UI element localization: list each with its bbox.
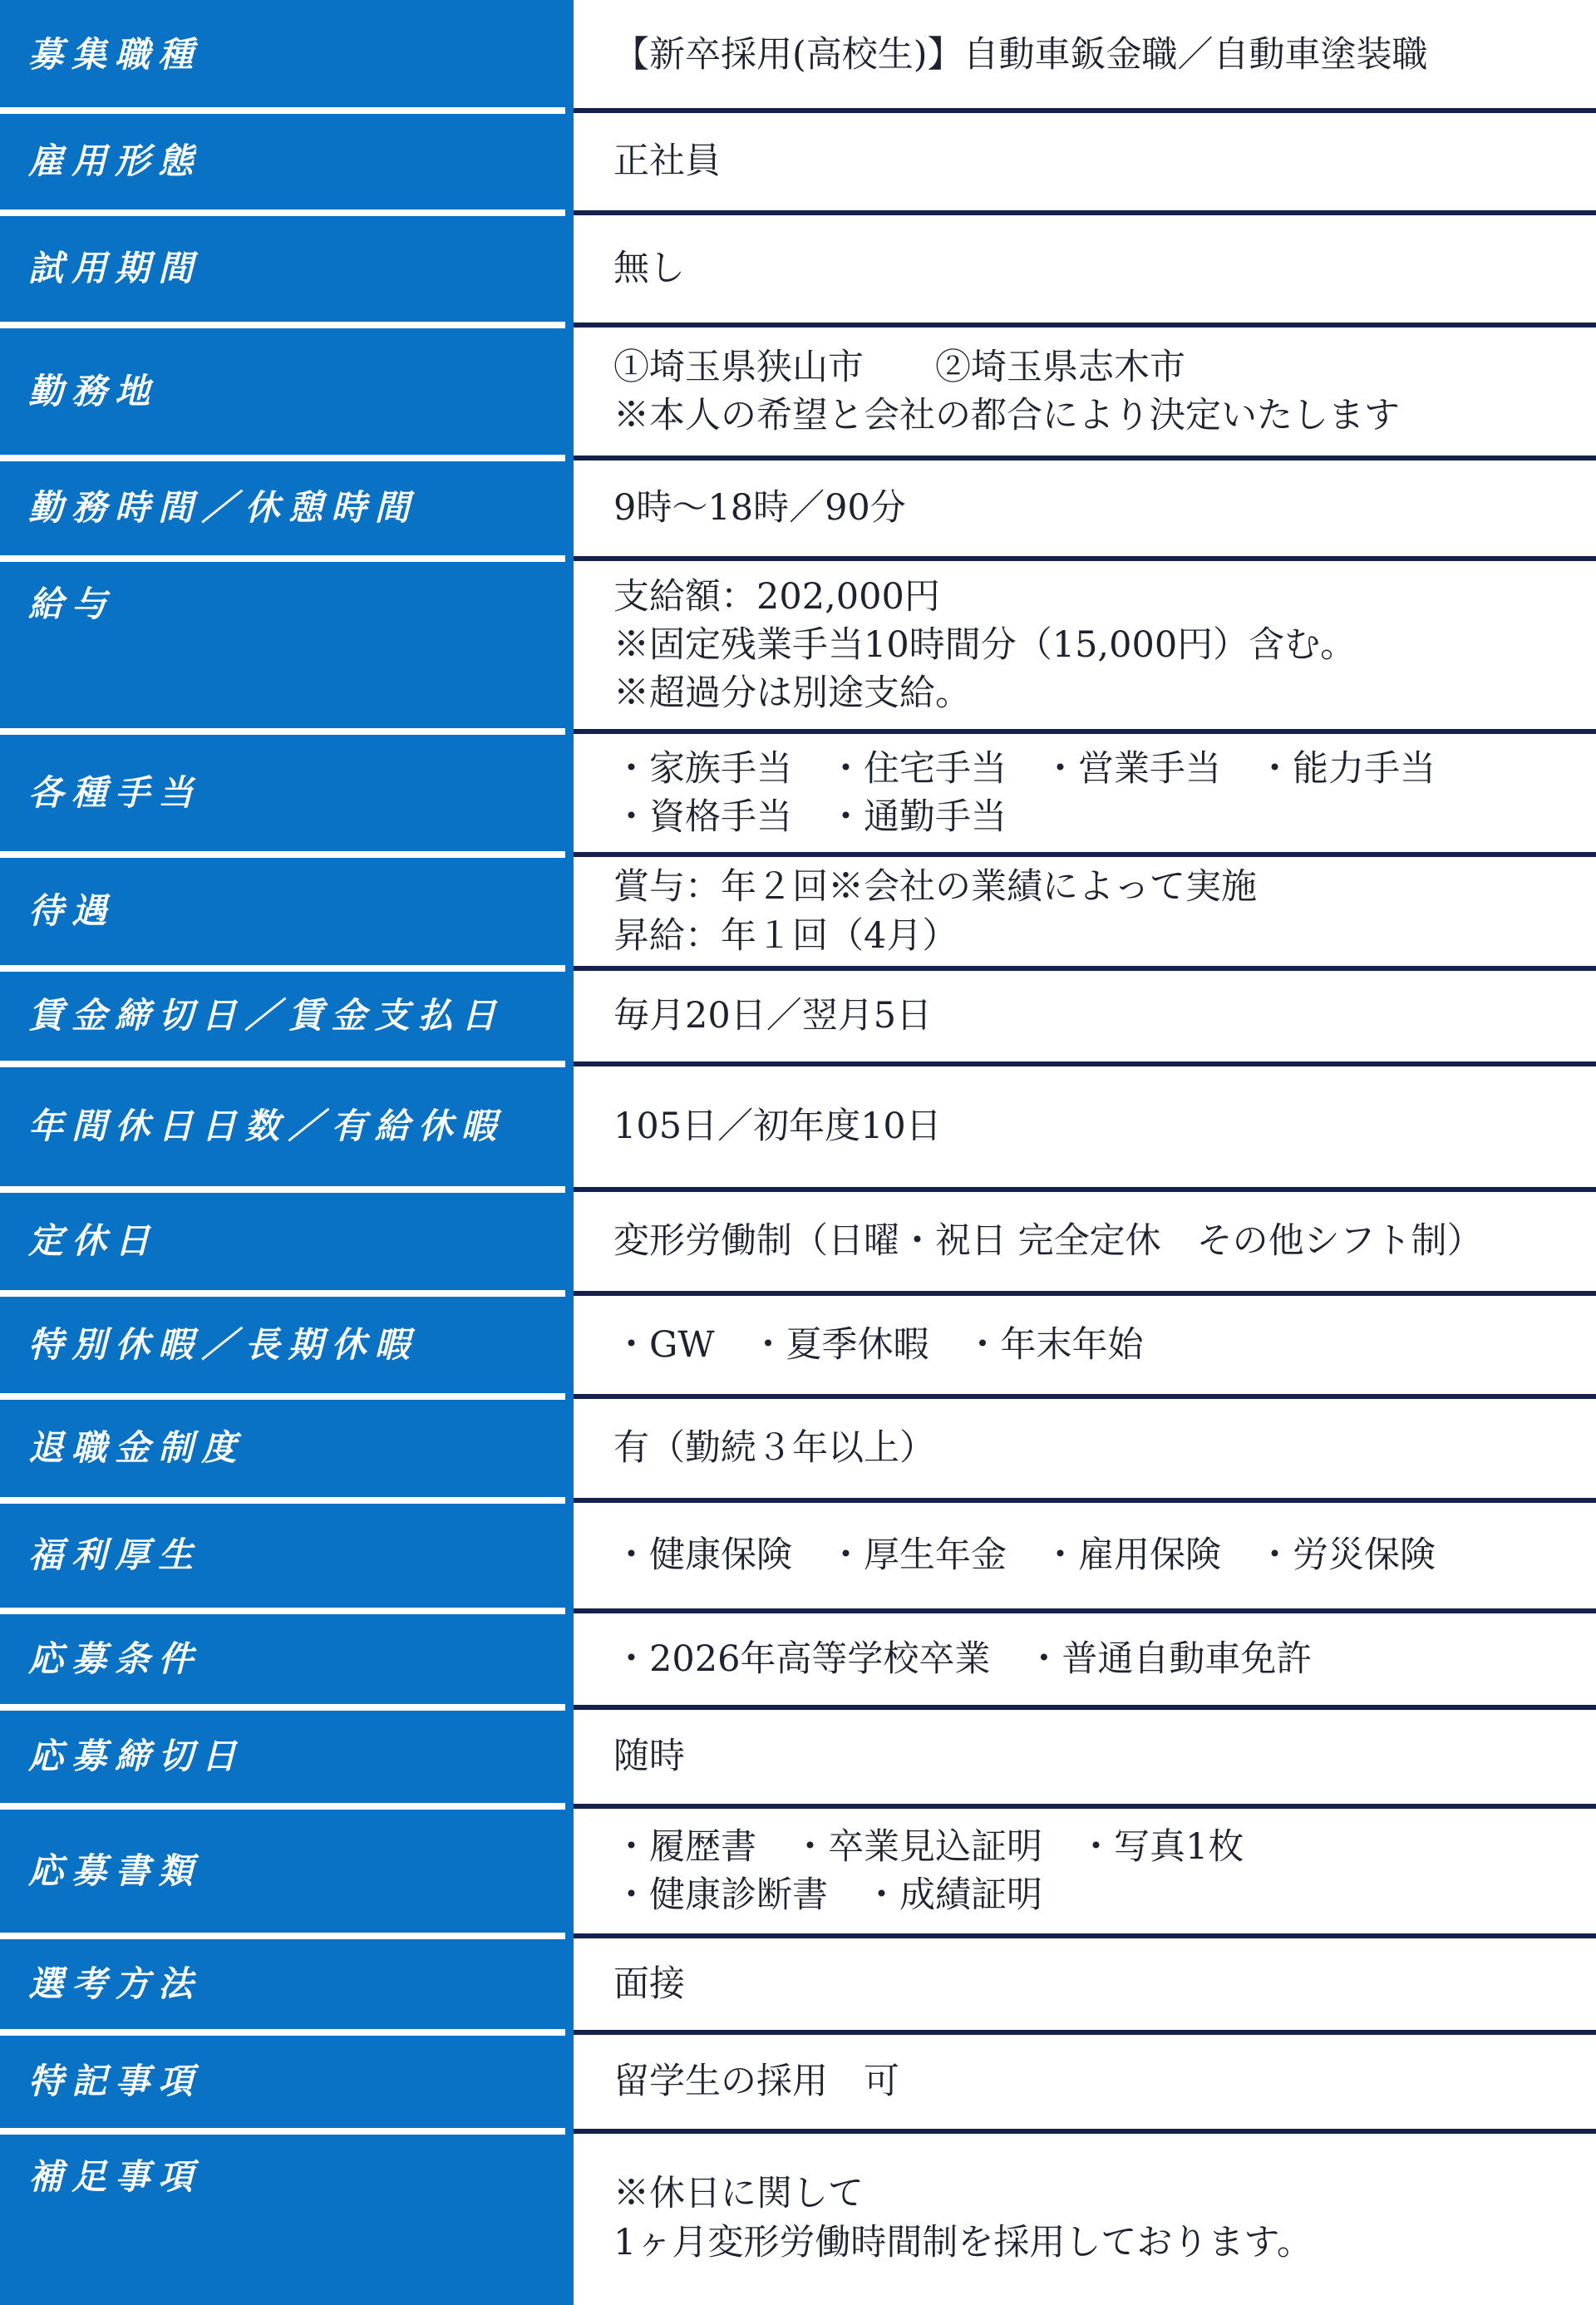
row-label: 雇用形態 (28, 142, 201, 180)
table-row: 特記事項 留学生の採用 可 (0, 2032, 1596, 2131)
row-label: 特記事項 (28, 2062, 201, 2101)
row-value-cell: 面接 (574, 1936, 1596, 2032)
row-label: 年間休日日数／有給休暇 (28, 1107, 505, 1145)
row-label: 試用期間 (28, 249, 201, 288)
row-label-cell: 募集職種 (0, 0, 574, 111)
table-row: 特別休暇／長期休暇 ・GW ・夏季休暇 ・年末年始 (0, 1293, 1596, 1396)
row-label-cell: 特別休暇／長期休暇 (0, 1293, 574, 1396)
row-label-cell: 試用期間 (0, 213, 574, 325)
value-line: 留学生の採用 可 (613, 2057, 1579, 2106)
row-label: 応募条件 (28, 1640, 201, 1678)
table-row: 選考方法 面接 (0, 1936, 1596, 2032)
value-line: 面接 (613, 1960, 1579, 2008)
value-line: ※超過分は別途支給。 (613, 669, 1579, 717)
row-label: 賃金締切日／賃金支払日 (28, 997, 505, 1035)
row-label-cell: 補足事項 (0, 2131, 574, 2305)
row-value-cell: ・健康保険 ・厚生年金 ・雇用保険 ・労災保険 (574, 1500, 1596, 1611)
value-line: 9時～18時／90分 (613, 484, 1579, 532)
row-value-cell: 随時 (574, 1707, 1596, 1806)
value-line: 賞与：年２回※会社の業績によって実施 (613, 863, 1579, 911)
value-line: ・GW ・夏季休暇 ・年末年始 (613, 1321, 1579, 1369)
row-label: 応募締切日 (28, 1737, 244, 1776)
value-line: 正社員 (613, 137, 1579, 185)
row-label-cell: 勤務地 (0, 325, 574, 458)
table-row: 勤務時間／休憩時間 9時～18時／90分 (0, 458, 1596, 559)
table-row: 年間休日日数／有給休暇 105日／初年度10日 (0, 1064, 1596, 1189)
value-line: 1ヶ月変形労働時間制を採用しております。 (613, 2219, 1579, 2267)
row-label-cell: 特記事項 (0, 2032, 574, 2131)
row-label-cell: 賃金締切日／賃金支払日 (0, 968, 574, 1064)
value-line: 昇給：年１回（4月） (613, 912, 1579, 960)
table-row: 賃金締切日／賃金支払日 毎月20日／翌月5日 (0, 968, 1596, 1064)
row-label-cell: 福利厚生 (0, 1500, 574, 1611)
job-posting-table: 募集職種 【新卒採用(高校生)】自動車鈑金職／自動車塗装職 雇用形態 正社員 試… (0, 0, 1596, 2305)
row-label: 勤務地 (28, 372, 158, 411)
value-line: 【新卒採用(高校生)】自動車鈑金職／自動車塗装職 (613, 31, 1579, 79)
row-value-cell: ・GW ・夏季休暇 ・年末年始 (574, 1293, 1596, 1396)
row-value-cell: 無し (574, 213, 1596, 325)
row-label: 募集職種 (28, 36, 201, 74)
table-row: 待遇 賞与：年２回※会社の業績によって実施 昇給：年１回（4月） (0, 855, 1596, 968)
row-label-cell: 退職金制度 (0, 1396, 574, 1500)
row-label-cell: 定休日 (0, 1189, 574, 1293)
table-row: 勤務地 ①埼玉県狭山市 ②埼玉県志木市 ※本人の希望と会社の都合により決定いたし… (0, 325, 1596, 458)
value-line: ※固定残業手当10時間分（15,000円）含む。 (613, 621, 1579, 669)
row-value-cell: 105日／初年度10日 (574, 1064, 1596, 1189)
row-label-cell: 各種手当 (0, 731, 574, 855)
row-value-cell: ※休日に関して 1ヶ月変形労働時間制を採用しております。 (574, 2131, 1596, 2305)
row-value-cell: 9時～18時／90分 (574, 458, 1596, 559)
row-value-cell: 正社員 (574, 111, 1596, 213)
value-line: 変形労働制（日曜・祝日 完全定休 その他シフト制） (613, 1217, 1579, 1265)
value-line: ・健康保険 ・厚生年金 ・雇用保険 ・労災保険 (613, 1531, 1579, 1579)
value-line: ・2026年高等学校卒業 ・普通自動車免許 (613, 1635, 1579, 1683)
value-line: ・健康診断書 ・成績証明 (613, 1871, 1579, 1919)
row-label-cell: 選考方法 (0, 1936, 574, 2032)
row-label-cell: 応募締切日 (0, 1707, 574, 1806)
table-row: 雇用形態 正社員 (0, 111, 1596, 213)
row-label: 各種手当 (28, 774, 201, 812)
row-value-cell: 留学生の採用 可 (574, 2032, 1596, 2131)
row-value-cell: ①埼玉県狭山市 ②埼玉県志木市 ※本人の希望と会社の都合により決定いたします (574, 325, 1596, 458)
row-value-cell: ・履歴書 ・卒業見込証明 ・写真1枚 ・健康診断書 ・成績証明 (574, 1806, 1596, 1936)
row-label-cell: 待遇 (0, 855, 574, 968)
value-line: ※本人の希望と会社の都合により決定いたします (613, 392, 1579, 440)
row-value-cell: 毎月20日／翌月5日 (574, 968, 1596, 1064)
row-value-cell: 【新卒採用(高校生)】自動車鈑金職／自動車塗装職 (574, 0, 1596, 111)
table-row: 各種手当 ・家族手当 ・住宅手当 ・営業手当 ・能力手当 ・資格手当 ・通勤手当 (0, 731, 1596, 855)
row-label-cell: 年間休日日数／有給休暇 (0, 1064, 574, 1189)
row-label: 待遇 (28, 892, 115, 930)
row-label: 定休日 (28, 1222, 158, 1260)
row-value-cell: 有（勤続３年以上） (574, 1396, 1596, 1500)
value-line: 随時 (613, 1732, 1579, 1780)
value-line: ※休日に関して (613, 2170, 1579, 2218)
table-row: 応募条件 ・2026年高等学校卒業 ・普通自動車免許 (0, 1611, 1596, 1707)
table-row: 試用期間 無し (0, 213, 1596, 325)
row-label-cell: 給与 (0, 559, 574, 731)
row-value-cell: 支給額：202,000円 ※固定残業手当10時間分（15,000円）含む。 ※超… (574, 559, 1596, 731)
table-row: 応募締切日 随時 (0, 1707, 1596, 1806)
row-label-cell: 応募書類 (0, 1806, 574, 1936)
value-line: 有（勤続３年以上） (613, 1424, 1579, 1472)
row-label-cell: 応募条件 (0, 1611, 574, 1707)
row-label: 応募書類 (28, 1852, 201, 1890)
row-label: 給与 (28, 585, 115, 623)
value-line: ・資格手当 ・通勤手当 (613, 793, 1579, 841)
row-label: 勤務時間／休憩時間 (28, 489, 418, 527)
value-line: 105日／初年度10日 (613, 1102, 1579, 1150)
value-line: ・家族手当 ・住宅手当 ・営業手当 ・能力手当 (613, 745, 1579, 793)
value-line: ①埼玉県狭山市 ②埼玉県志木市 (613, 343, 1579, 392)
value-line: 毎月20日／翌月5日 (613, 992, 1579, 1040)
row-label-cell: 雇用形態 (0, 111, 574, 213)
row-label: 福利厚生 (28, 1536, 201, 1574)
row-value-cell: ・2026年高等学校卒業 ・普通自動車免許 (574, 1611, 1596, 1707)
table-row: 補足事項 ※休日に関して 1ヶ月変形労働時間制を採用しております。 (0, 2131, 1596, 2305)
table-row: 募集職種 【新卒採用(高校生)】自動車鈑金職／自動車塗装職 (0, 0, 1596, 111)
table-row: 定休日 変形労働制（日曜・祝日 完全定休 その他シフト制） (0, 1189, 1596, 1293)
value-line: 無し (613, 244, 1579, 293)
table-row: 給与 支給額：202,000円 ※固定残業手当10時間分（15,000円）含む。… (0, 559, 1596, 731)
row-value-cell: ・家族手当 ・住宅手当 ・営業手当 ・能力手当 ・資格手当 ・通勤手当 (574, 731, 1596, 855)
row-label-cell: 勤務時間／休憩時間 (0, 458, 574, 559)
row-label: 選考方法 (28, 1965, 201, 2003)
row-label: 補足事項 (28, 2158, 201, 2196)
value-line: 支給額：202,000円 (613, 573, 1579, 621)
row-label: 特別休暇／長期休暇 (28, 1326, 418, 1364)
row-value-cell: 変形労働制（日曜・祝日 完全定休 その他シフト制） (574, 1189, 1596, 1293)
table-row: 応募書類 ・履歴書 ・卒業見込証明 ・写真1枚 ・健康診断書 ・成績証明 (0, 1806, 1596, 1936)
row-label: 退職金制度 (28, 1429, 244, 1467)
value-line: ・履歴書 ・卒業見込証明 ・写真1枚 (613, 1823, 1579, 1871)
row-value-cell: 賞与：年２回※会社の業績によって実施 昇給：年１回（4月） (574, 855, 1596, 968)
table-row: 退職金制度 有（勤続３年以上） (0, 1396, 1596, 1500)
table-row: 福利厚生 ・健康保険 ・厚生年金 ・雇用保険 ・労災保険 (0, 1500, 1596, 1611)
